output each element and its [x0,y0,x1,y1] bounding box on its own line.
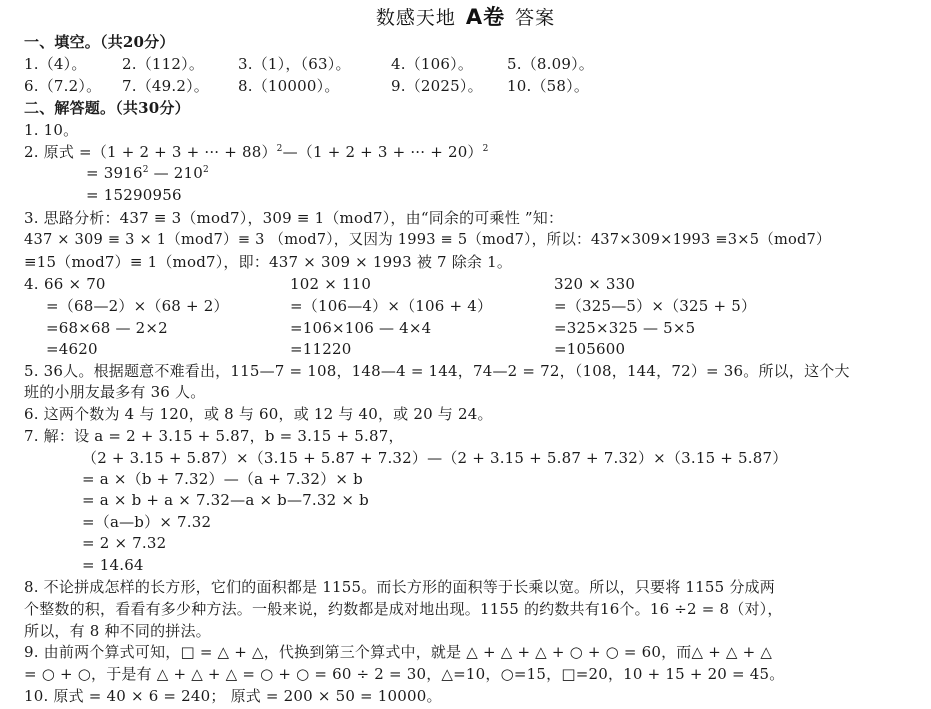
answer-q9-line2: = ○ + ○，于是有 △ + △ + △ = ○ + ○ = 60 ÷ 2 =… [24,664,784,684]
fill-answer-10: 10.（58）。 [507,76,589,96]
q7-step-3: = a × b + a × 7.32—a × b—7.32 × b [82,490,369,510]
answer-q3-line2: 437 × 309 ≡ 3 × 1（mod7）≡ 3 （mod7），又因为 19… [24,230,831,250]
q4-col3-line1: 320 × 330 [554,274,635,294]
title-suffix: 答案 [515,7,555,29]
fill-answer-1: 1.（4）。 [24,54,87,74]
q7-step-4: =（a—b）× 7.32 [82,512,211,532]
q2-expr-a: 2. 原式 =（1 + 2 + 3 + ··· + 88） [24,143,277,161]
answer-q2-line3: = 15290956 [86,185,182,205]
q7-step-6: = 14.64 [82,555,144,575]
q4-col1-line2: =（68—2）×（68 + 2） [46,296,229,316]
answer-q6: 6. 这两个数为 4 与 120，或 8 与 60，或 12 与 40，或 20… [24,404,493,424]
answer-q8-line3: 所以，有 8 种不同的拼法。 [24,621,211,641]
q4-col1-line3: =68×68 — 2×2 [46,318,168,338]
q2-term-a: = 3916 [86,164,143,182]
fill-answer-4: 4.（106）。 [391,54,473,74]
fill-answer-3: 3.（1），（63）。 [238,54,351,74]
q4-col3-line2: =（325—5）×（325 + 5） [554,296,756,316]
q4-col3-line3: =325×325 — 5×5 [554,318,695,338]
answer-q3-line3: ≡15（mod7）≡ 1（mod7），即：437 × 309 × 1993 被 … [24,252,512,272]
q2-sup-b: 2 [483,144,489,154]
answer-q5-line2: 班的小朋友最多有 36 人。 [24,382,205,402]
answer-q2-line1: 2. 原式 =（1 + 2 + 3 + ··· + 88）2—（1 + 2 + … [24,142,489,162]
answer-q4-label: 4. [24,274,39,294]
fill-answer-5: 5.（8.09）。 [507,54,594,74]
fill-answer-2: 2.（112）。 [122,54,204,74]
fill-answer-9: 9.（2025）。 [391,76,483,96]
q7-step-1: （2 + 3.15 + 5.87）×（3.15 + 5.87 + 7.32）—（… [82,448,787,468]
q7-step-2: = a ×（b + 7.32）—（a + 7.32）× b [82,469,363,489]
q4-col2-line2: =（106—4）×（106 + 4） [290,296,492,316]
title-main: 数感天地 [376,7,456,29]
section2-heading: 二、解答题。（共30分） [24,98,190,118]
section1-heading: 一、填空。（共20分） [24,32,175,52]
answer-q7-line1: 7. 解：设 a = 2 + 3.15 + 5.87，b = 3.15 + 5.… [24,426,404,446]
answer-q2-line2: = 39162 — 2102 [86,163,209,183]
q7-step-5: = 2 × 7.32 [82,533,166,553]
answer-q10: 10. 原式 = 40 × 6 = 240； 原式 = 200 × 50 = 1… [24,686,442,706]
fill-answer-6: 6.（7.2）。 [24,76,101,96]
q2-expr-b: —（1 + 2 + 3 + ··· + 20） [283,143,483,161]
q2-term-b: — 210 [149,164,203,182]
answer-q1: 1. 10。 [24,120,78,140]
answer-q5-line1: 5. 36人。根据题意不难看出，115—7 = 108，148—4 = 144，… [24,361,850,381]
q2-sup-d: 2 [203,165,209,175]
answer-q8-line1: 8. 不论拼成怎样的长方形，它们的面积都是 1155。而长方形的面积等于长乘以宽… [24,577,775,597]
q4-col2-line4: =11220 [290,339,352,359]
title-paper: A卷 [466,5,505,29]
answer-q9-line1: 9. 由前两个算式可知，□ = △ + △，代换到第三个算式中，就是 △ + △… [24,642,772,662]
fill-answer-7: 7.（49.2）。 [122,76,209,96]
q4-col3-line4: =105600 [554,339,625,359]
q4-col1-line1: 66 × 70 [44,274,106,294]
page-title: 数感天地A卷答案 [0,4,931,31]
answer-q3-line1: 3. 思路分析：437 ≡ 3（mod7），309 ≡ 1（mod7），由“同余… [24,208,563,228]
fill-answer-8: 8.（10000）。 [238,76,340,96]
q4-col2-line3: =106×106 — 4×4 [290,318,431,338]
q4-col2-line1: 102 × 110 [290,274,371,294]
q4-col1-line4: =4620 [46,339,98,359]
answer-q8-line2: 个整数的积，看看有多少种方法。一般来说，约数都是成对地出现。1155 的约数共有… [24,599,783,619]
